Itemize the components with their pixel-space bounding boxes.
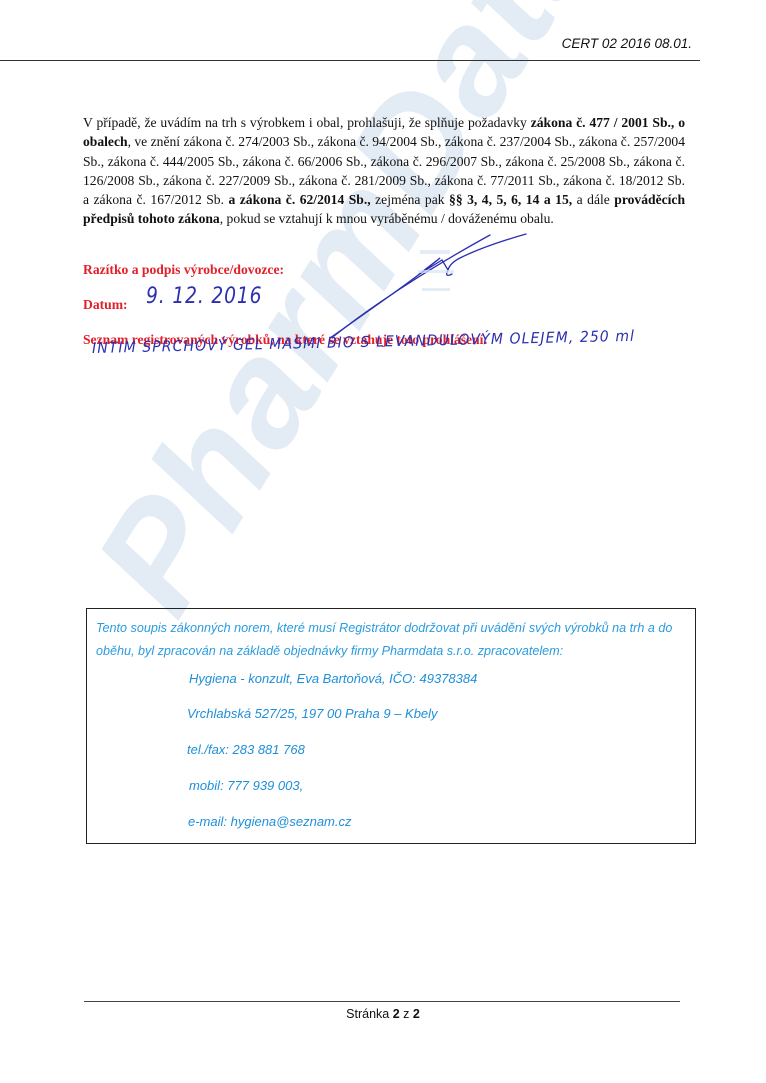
processor-address: Vrchlabská 527/25, 197 00 Praha 9 – Kbel… [187,706,438,721]
declaration-paragraph: V případě, že uvádím na trh s výrobkem i… [83,113,685,229]
date-label: Datum: [83,297,128,313]
processor-company: Hygiena - konzult, Eva Bartoňová, IČO: 4… [189,671,477,686]
processor-info-box: Tento soupis zákonných norem, které musí… [86,608,696,844]
date-handwritten: 9. 12. 2016 [146,284,262,309]
page-header: CERT 02 2016 08.01. [0,30,700,61]
declaration-text: zejména pak [371,192,449,207]
declaration-text: a dále [572,192,614,207]
declaration-text: V případě, že uvádím na trh s výrobkem i… [83,115,531,130]
page-total: 2 [413,1007,420,1021]
page-number: Stránka 2 z 2 [0,1007,766,1021]
processor-mobile: mobil: 777 939 003, [189,778,303,793]
page-separator: z [400,1007,413,1021]
page-prefix: Stránka [346,1007,393,1021]
declaration-text: , pokud se vztahují k mnou vyráběnému / … [220,211,554,226]
processor-email: e-mail: hygiena@seznam.cz [188,814,351,829]
section-reference: §§ 3, 4, 5, 6, 14 a 15, [449,192,572,207]
stamp-signature-label: Razítko a podpis výrobce/dovozce: [83,262,284,278]
processor-phone: tel./fax: 283 881 768 [187,742,305,757]
footer-divider [84,1001,680,1002]
document-code: CERT 02 2016 08.01. [562,36,692,51]
processor-intro: Tento soupis zákonných norem, které musí… [96,617,692,663]
signature-icon [330,230,530,340]
page-current: 2 [393,1007,400,1021]
law-reference: a zákona č. 62/2014 Sb., [228,192,370,207]
